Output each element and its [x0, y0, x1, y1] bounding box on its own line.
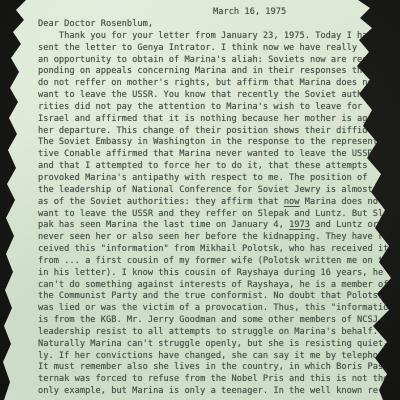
- document-scan: March 16, 1975 Dear Doctor Rosenblum, Th…: [0, 0, 400, 400]
- letter-line: The Soviet Embassy in Washington in the …: [38, 137, 400, 149]
- letter-line: want to leave the USSR. You know that re…: [38, 90, 400, 102]
- letter-line: sent the letter to Genya Intrator. I thi…: [38, 43, 400, 55]
- letter-line: from ... a first cousin of my former wif…: [38, 256, 400, 268]
- letter-line: can't do something against interests of …: [38, 280, 400, 292]
- letter-line: ly. If her convictions have changed, she…: [38, 351, 400, 363]
- letter-line: ceived this "information" from Mikhail P…: [38, 244, 400, 256]
- letter-line: tive Conable affirmed that Marina never …: [38, 149, 400, 161]
- letter-line: Naturally Marina can't struggle openly, …: [38, 339, 400, 351]
- letter-line: as of the Soviet authorities: they affir…: [38, 197, 400, 209]
- letter-line: only example, but Marina is only a teena…: [38, 386, 400, 398]
- letter-line: an opportunity to obtain of Marina's ali…: [38, 55, 400, 67]
- letter-line: pak has seen Marina the last time on Jan…: [38, 220, 400, 232]
- letter-line: leadership resist to all attempts to str…: [38, 327, 400, 339]
- letter-line: ponding on appeals concerning Marina and…: [38, 66, 400, 78]
- letter-line: never seen her or also seen her before t…: [38, 232, 400, 244]
- letter-line: It must remember also she lives in the c…: [38, 362, 400, 374]
- letter-body: Dear Doctor Rosenblum, Thank you for you…: [38, 19, 400, 398]
- letter-date: March 16, 1975: [213, 7, 286, 17]
- letter-line: do not reffer on mother's rights, but af…: [38, 78, 400, 90]
- letter-line: the Communist Party and the true conform…: [38, 291, 400, 303]
- letter-line: ternak was forced to refuse from the Nob…: [38, 374, 400, 386]
- letter-line: provoked Marina's antipathy with respect…: [38, 173, 400, 185]
- underlined-text: now: [284, 197, 300, 207]
- letter-line: was lied or was the victim of a provocat…: [38, 303, 400, 315]
- letter-page: March 16, 1975 Dear Doctor Rosenblum, Th…: [0, 0, 400, 400]
- letter-line: the leadership of National Conference fo…: [38, 185, 400, 197]
- underlined-text: 1973: [289, 220, 310, 230]
- letter-line: in his letter). I know this cousin of Ra…: [38, 268, 400, 280]
- letter-line: rities did not pay the attention to Mari…: [38, 102, 400, 114]
- letter-line: Thank you for your letter from January 2…: [38, 31, 400, 43]
- letter-line: Dear Doctor Rosenblum,: [38, 19, 400, 31]
- letter-line: her departure. This change of their posi…: [38, 126, 400, 138]
- letter-line: and that I attempted to force her to do …: [38, 161, 400, 173]
- letter-line: Israel and affirmed that it is nothing b…: [38, 114, 400, 126]
- letter-line: is from the KGB. Mr. Jerry Goodman and s…: [38, 315, 400, 327]
- letter-line: want to leave the USSR and they reffer o…: [38, 209, 400, 221]
